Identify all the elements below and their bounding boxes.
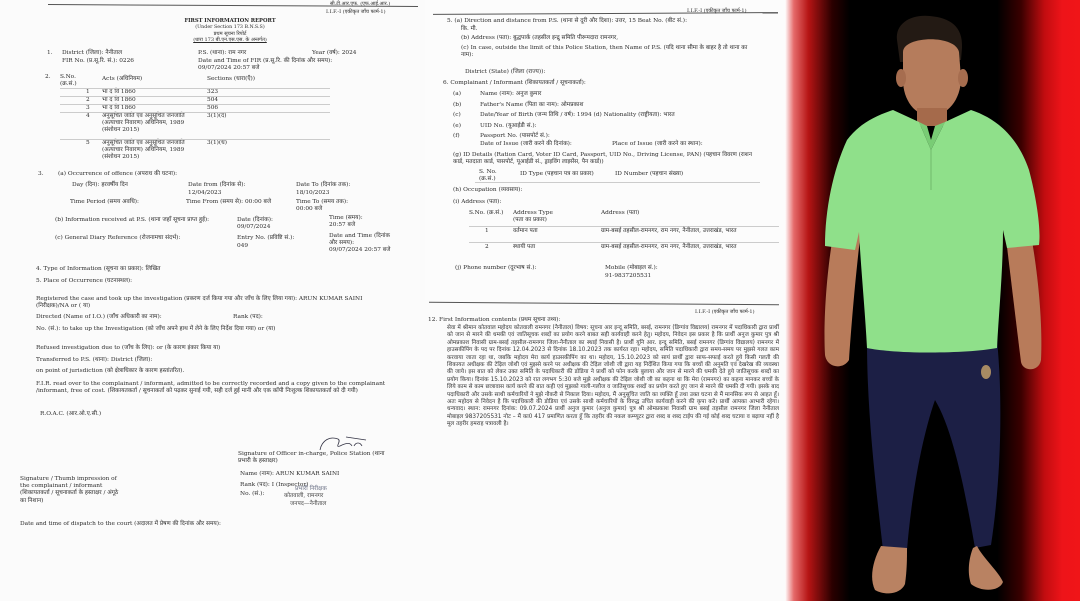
field-key: (b) <box>453 102 461 109</box>
place-of-occurrence: 5. Place of Occurrence (घटनास्थल): <box>36 278 132 285</box>
officer-no: No. (सं.): <box>240 491 264 498</box>
fir-read-text: F.I.R. read over to the complainant / in… <box>36 381 386 395</box>
rank-label: Rank (पद): <box>233 314 263 321</box>
acts-header-acts: Acts (अधिनियम) <box>102 76 142 83</box>
stamp-line-2: कोतवाली, रामनगर <box>284 493 323 500</box>
occupation-field: (h) Occupation (व्यवसाय): <box>453 187 522 194</box>
id-header-number: ID Number (पहचान संख्या) <box>615 171 683 178</box>
date-of-issue: Date of Issue (जारी करने की दिनांक): <box>480 141 572 148</box>
address-row-sno: 1 <box>485 228 489 235</box>
acts-row-sno: 4 <box>86 113 90 120</box>
form-ref: I.I.F.-I (एकीकृत जाँच फार्म-1) <box>695 309 755 316</box>
table-divider <box>60 88 330 89</box>
complainant-field: Father's Name (पिता का नाम): ओमप्रकाश <box>480 102 583 109</box>
district-state-field: District (State) (जिला (राज्य)): <box>465 69 545 76</box>
fir-page-3: I.I.F.-I (एकीकृत जाँच फार्म-1) 12. First… <box>425 300 785 601</box>
stamp-line-3: जनपद—नैनीताल <box>290 501 326 508</box>
id-header-type: ID Type (पहचान पत्र का प्रकार) <box>520 171 594 178</box>
form-ref: I.I.F.-I (एकीकृत जाँच फार्म-1) <box>687 8 747 15</box>
place-of-issue: Place of Issue (जारी करने का स्थान): <box>612 141 703 148</box>
jurisdiction-text: on point of jurisdiction (को क्षेत्राधिक… <box>36 368 184 375</box>
acts-row-act: अनुसूचित जाति एवं अनुसूचित जनजाति (अत्या… <box>102 113 197 135</box>
table-divider <box>469 242 779 243</box>
field-key: (f) <box>453 133 460 140</box>
complainant-field: Name (नाम): अनुज कुमार <box>480 91 541 98</box>
direction-cont: कि. मी. <box>461 26 477 33</box>
address-header-address: Address (पता) <box>601 210 639 217</box>
officer-name: Name (नाम): ARUN KUMAR SAINI <box>240 471 339 478</box>
field-key: (c) <box>453 112 461 119</box>
directed-label: Directed (Name of I.O.) (जाँच अधिकारी का… <box>36 314 162 321</box>
date-from-label: Date from (दिनांक से): <box>188 182 245 189</box>
fir-page-2: I.I.F.-I (एकीकृत जाँच फार्म-1) 5. (a) Di… <box>425 0 785 300</box>
section-num: 2. <box>45 74 51 81</box>
refused-text: Refused investigation due to (जाँच के लि… <box>36 345 220 352</box>
id-details-label: (g) ID Details (Ration Card, Voter ID Ca… <box>453 152 763 166</box>
ps-field: P.S. (थाना): राम नगर <box>198 50 246 57</box>
outside-limit-field: (c) In case, outside the limit of this P… <box>461 45 761 59</box>
address-row-type: स्थायी पता <box>513 244 535 251</box>
info-received-label: (b) Information received at P.S. (थाना ज… <box>55 217 225 224</box>
address-row-sno: 2 <box>485 244 489 251</box>
field-key: (e) <box>453 123 461 130</box>
phone-field: (j) Phone number (दूरभाष सं.): <box>455 265 536 272</box>
fir-page-1: सी.टी.आर.एफ. (एफ.आई.आर.) I.I.F.-I (एकीकृ… <box>0 0 425 601</box>
section-num: 3. <box>38 171 44 178</box>
address-header-sno: S.No. (क्र.सं.) <box>469 210 503 217</box>
complainant-signature-label: Signature / Thumb impression of the comp… <box>20 476 120 505</box>
gd-datetime-value: 09/07/2024 20:57 बजे <box>329 247 399 254</box>
date-from-value: 12/04/2023 <box>188 190 221 197</box>
table-divider <box>60 112 330 113</box>
page-edge <box>429 302 779 305</box>
gd-datetime-label: Date and Time (दिनांक और समय): <box>329 233 399 247</box>
person-photo <box>785 0 1080 601</box>
registered-text: Registered the case and took up the inve… <box>36 296 381 310</box>
time-period-label: Time Period (समय अवधि): <box>70 199 139 206</box>
dispatch-label: Date and time of dispatch to the court (… <box>20 521 221 528</box>
info-date-value: 09/07/2024 <box>237 224 270 231</box>
year-field: Year (वर्ष): 2024 <box>312 50 356 57</box>
fir-no-field: FIR No. (प्र.सू.रि. सं.): 0226 <box>62 58 134 65</box>
acts-row-sno: 5 <box>86 140 90 147</box>
date-to-value: 18/10/2023 <box>296 190 329 197</box>
complainant-heading: 6. Complainant / Informant (शिकायतकर्ता … <box>443 80 586 87</box>
acts-row-act: अनुसूचित जाति एवं अनुसूचित जनजाति (अत्या… <box>102 140 197 162</box>
entry-no-value: 049 <box>237 243 248 250</box>
table-divider <box>60 104 330 105</box>
address-row-type: वर्तमान पता <box>513 228 538 235</box>
type-of-info: 4. Type of Information (सूचना का प्रकार)… <box>36 266 161 273</box>
take-up-text: No. (सं.): to take up the Investigation … <box>36 326 381 333</box>
complainant-field: Date/Year of Birth (जन्म तिथि / वर्ष): 1… <box>480 112 675 119</box>
entry-no-label: Entry No. (प्रविष्टि सं.): <box>237 235 294 242</box>
address-row-address: ग्राम-बसई तहसील-रामनगर, राम नगर, नैनीताल… <box>601 244 776 251</box>
divider <box>475 182 760 183</box>
fir-datetime-value: 09/07/2024 20:57 बजे <box>198 65 259 72</box>
first-info-heading: 12. First Information contents (प्रथम सू… <box>428 317 560 324</box>
direction-field: 5. (a) Direction and distance from P.S. … <box>447 18 687 25</box>
mobile-label: Mobile (मोबाइल सं.): <box>605 265 658 272</box>
time-from: Time From (समय से): 00:00 बजे <box>186 199 286 206</box>
photo-panel <box>785 0 1080 601</box>
gd-ref-label: (c) General Diary Reference (रोजनामचा सं… <box>55 235 180 242</box>
time-to: Time To (समय तक): 00:00 बजे <box>296 199 366 213</box>
occurrence-label: (a) Occurrence of offence (अपराध की घटना… <box>58 171 177 178</box>
complainant-field: Passport No. (पासपोर्ट सं.): <box>480 133 550 140</box>
section-num: 1. <box>47 50 53 57</box>
address-heading: (i) Address (पता): <box>453 199 501 206</box>
acts-header-sno: S.No. (क्र.सं.) <box>60 74 88 88</box>
occurrence-day: Day (दिन): हरवर्षीय दिन <box>72 182 128 189</box>
first-info-body: सेवा में श्रीमान कोतवाल महोदय कोतवाली रा… <box>447 325 779 429</box>
table-divider <box>469 226 779 227</box>
address-field: (b) Address (पता): बुद्धपार्क (तहसील इन्… <box>461 35 618 42</box>
acts-row-section: 3(1)(द) <box>207 113 227 120</box>
top-right-stamp: सी.टी.आर.एफ. (एफ.आई.आर.) <box>330 1 390 8</box>
table-divider <box>60 96 330 97</box>
roac-label: R.O.A.C. (आर.ओ.ए.सी.) <box>40 411 101 418</box>
table-divider <box>60 139 330 140</box>
field-key: (a) <box>453 91 461 98</box>
form-ref: I.I.F.-I (एकीकृत जाँच फार्म-1) <box>326 9 386 16</box>
info-time-value: 20:57 बजे <box>329 222 355 229</box>
address-row-address: ग्राम-बसई तहसील-रामनगर, राम नगर, नैनीताल… <box>601 228 776 235</box>
transferred-text: Transferred to P.S. (थाना): District (जि… <box>36 357 152 364</box>
officer-signature-label: Signature of Officer in-charge, Police S… <box>238 451 388 465</box>
address-header-type: Address Type (पता का प्रकार) <box>513 210 563 224</box>
mobile-value: 91-9837205531 <box>605 273 651 280</box>
district-field: District (जिला): नैनीताल <box>62 50 122 57</box>
doc-subtitle-hi: (धारा 173 बी.एन.एस.एस. के अन्तर्गत) <box>140 37 320 44</box>
acts-row-section: 3(1)(ध) <box>207 140 227 147</box>
acts-header-sections: Sections (धारा(एँ)) <box>207 76 255 83</box>
date-to-label: Date To (दिनांक तक): <box>296 182 350 189</box>
complainant-field: UID No. (यूआईडी सं.): <box>480 123 537 130</box>
